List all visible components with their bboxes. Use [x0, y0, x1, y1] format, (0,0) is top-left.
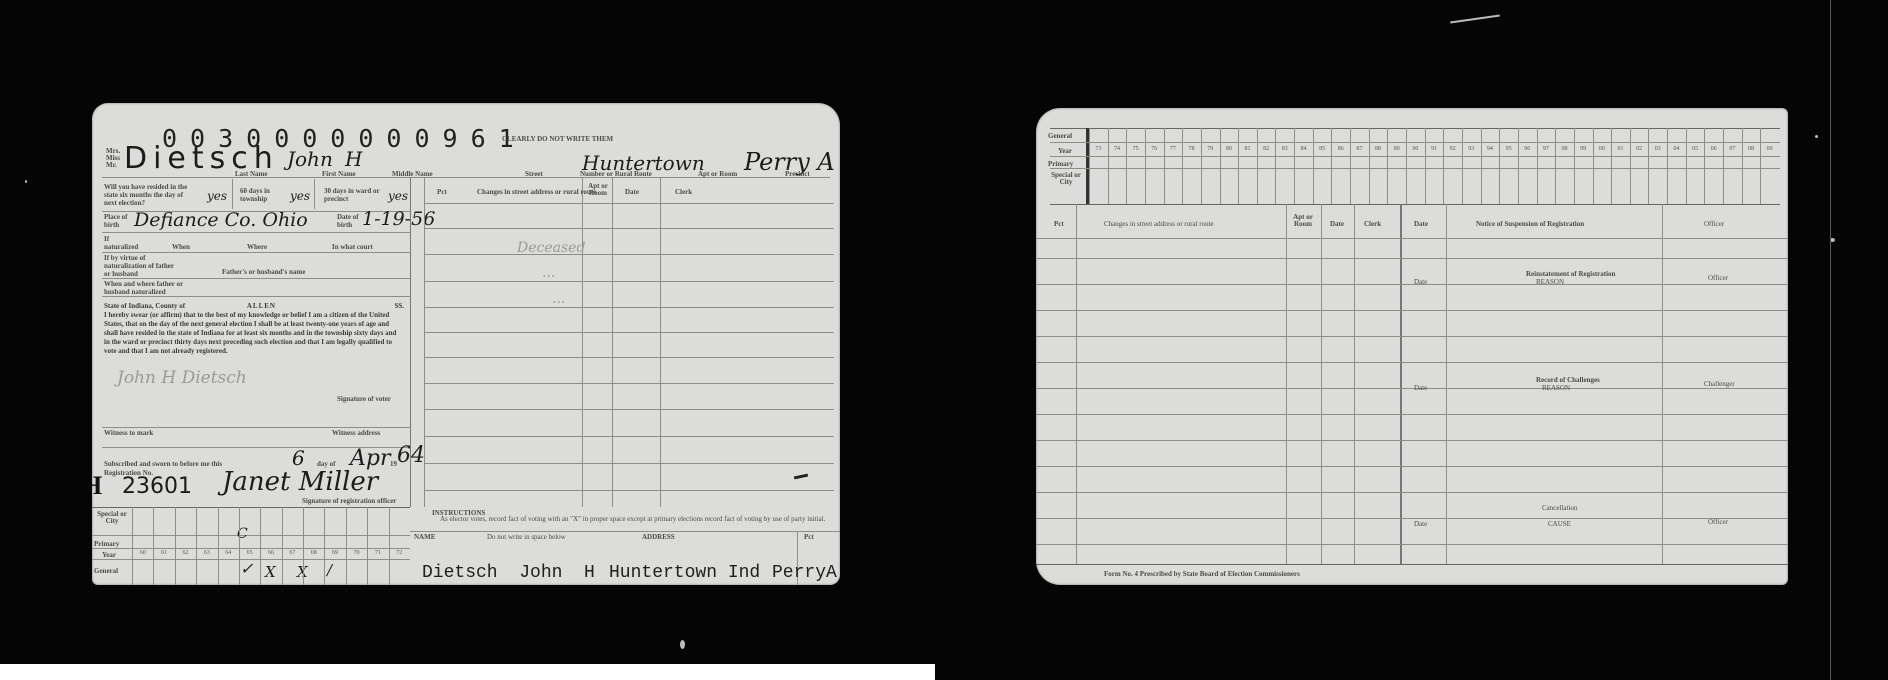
- changes-header-date: Date: [625, 188, 639, 196]
- year-value: 64: [397, 443, 425, 468]
- grid-column-divider: [1089, 128, 1090, 204]
- grid-year-cell: 06: [1704, 146, 1723, 152]
- grid-label-year: Year: [102, 551, 116, 559]
- first-name-value: John: [287, 147, 333, 171]
- grid-year-cell: 72: [389, 550, 410, 556]
- grid-year-cell: 77: [1164, 146, 1183, 152]
- salutation-mr: Mr.: [106, 161, 117, 169]
- grid-column-divider: [1145, 128, 1146, 204]
- challenges-date-label: Date: [1414, 384, 1427, 392]
- residency-answer-state: yes: [207, 189, 227, 203]
- typed-name: Dietsch John H: [422, 563, 595, 583]
- reinstatement-officer-label: Officer: [1708, 274, 1728, 282]
- grid-column-divider: [1723, 128, 1724, 204]
- scan-speck: [1815, 135, 1818, 138]
- grid-year-cell: 68: [303, 550, 324, 556]
- grid-column-divider: [1425, 128, 1426, 204]
- first-name-label: First Name: [322, 170, 356, 178]
- grid-column-divider: [1443, 128, 1444, 204]
- grid-year-cell: 96: [1518, 146, 1537, 152]
- grid-year-cell: 67: [282, 550, 303, 556]
- grid-year-cell: 74: [1108, 146, 1127, 152]
- changes-header-pct: Pct: [437, 188, 447, 196]
- grid-year-cell: 84: [1294, 146, 1313, 152]
- grid-year-cell: 70: [346, 550, 367, 556]
- changes-note-1: Deceased: [517, 240, 585, 256]
- officer-signature: Janet Miller: [222, 467, 378, 497]
- changes-header-date: Date: [1330, 220, 1344, 228]
- middle-name-value: H: [345, 147, 362, 171]
- middle-name-label: Middle Name: [392, 170, 433, 178]
- changes-note-3: ...: [552, 291, 565, 307]
- scan-speck: [25, 180, 27, 183]
- grid-year-cell: 89: [1387, 146, 1406, 152]
- grid-label-primary: Primary: [94, 540, 119, 548]
- grid-column-divider: [324, 507, 325, 585]
- grid-column-divider: [1406, 128, 1407, 204]
- grid-column-divider: [1704, 128, 1705, 204]
- scan-speck: [680, 640, 685, 649]
- grid-year-cell: 61: [153, 550, 174, 556]
- place-of-birth-value: Defiance Co. Ohio: [134, 209, 308, 231]
- grid-year-cell: 03: [1648, 146, 1667, 152]
- grid-year-cell: 00: [1593, 146, 1612, 152]
- grid-column-divider: [1294, 128, 1295, 204]
- grid-column-divider: [1611, 128, 1612, 204]
- grid-column-divider: [303, 507, 304, 585]
- changes-header-clerk: Clerk: [675, 188, 692, 196]
- grid-year-cell: 05: [1686, 146, 1705, 152]
- grid-column-divider: [1760, 128, 1761, 204]
- cancellation-title: Cancellation: [1542, 504, 1577, 512]
- challenges-challenger-label: Challenger: [1704, 380, 1735, 388]
- footer-do-not-write: Do not write in space below: [487, 533, 566, 541]
- grid-column-divider: [1275, 128, 1276, 204]
- vote-mark-general: X: [265, 563, 276, 581]
- naturalized-where-label: Where: [247, 243, 267, 251]
- subscribed-label: Subscribed and sworn to before me this: [104, 460, 222, 468]
- state-line-label: State of Indiana, County of: [104, 302, 185, 310]
- changes-header-apt: Apt or Room: [585, 183, 611, 197]
- reinstatement-title: Reinstatement of Registration: [1526, 270, 1615, 278]
- footer-pct-label: Pct: [804, 533, 814, 541]
- grid-column-divider: [1648, 128, 1649, 204]
- voter-signature: John H Dietsch: [117, 368, 247, 388]
- grid-column-divider: [239, 507, 240, 585]
- grid-column-divider: [1369, 128, 1370, 204]
- typed-precinct: PerryA: [772, 563, 837, 583]
- registration-number: 23601: [122, 474, 192, 499]
- header-instruction: CLEARLY DO NOT WRITE THEM: [502, 135, 613, 143]
- grid-year-cell: 65: [239, 550, 260, 556]
- suspension-date-label: Date: [1414, 220, 1428, 228]
- challenges-reason-label: REASON: [1542, 384, 1570, 392]
- grid-column-divider: [1499, 128, 1500, 204]
- grid-column-divider: [1238, 128, 1239, 204]
- street-label: Street: [525, 170, 543, 178]
- naturalized-label: If naturalized: [104, 235, 144, 251]
- place-of-birth-label: Place of birth: [104, 213, 134, 229]
- grid-year-cell: 64: [218, 550, 239, 556]
- grid-year-cell: 73: [1089, 146, 1108, 152]
- route-label: Number or Rural Route: [580, 170, 652, 178]
- grid-year-cell: 97: [1537, 146, 1556, 152]
- grid-year-cell: 93: [1462, 146, 1481, 152]
- grid-year-cell: 01: [1611, 146, 1630, 152]
- grid-column-divider: [1387, 128, 1388, 204]
- changes-header-apt: Apt or Room: [1290, 214, 1316, 228]
- grid-year-cell: 99: [1574, 146, 1593, 152]
- grid-label-special: Special or City: [94, 511, 130, 525]
- grid-year-cell: 82: [1257, 146, 1276, 152]
- last-name-label: Last Name: [235, 170, 267, 178]
- challenges-title: Record of Challenges: [1536, 376, 1600, 384]
- grid-column-divider: [1164, 128, 1165, 204]
- grid-column-divider: [196, 507, 197, 585]
- grid-column-divider: [346, 507, 347, 585]
- grid-year-cell: 66: [260, 550, 281, 556]
- grid-column-divider: [1126, 128, 1127, 204]
- grid-year-cell: 08: [1742, 146, 1761, 152]
- grid-label-primary: Primary: [1048, 160, 1073, 168]
- grid-year-cell: 71: [367, 550, 388, 556]
- year-prefix: 19: [390, 460, 397, 468]
- footer-name-label: NAME: [414, 533, 435, 541]
- vote-mark-general: /: [327, 561, 332, 579]
- instructions-text: As elector votes, record fact of voting …: [440, 516, 840, 523]
- when-where-naturalized-label: When and where father or husband natural…: [104, 280, 204, 296]
- grid-year-cell: 81: [1238, 146, 1257, 152]
- grid-column-divider: [1257, 128, 1258, 204]
- grid-column-divider: [132, 507, 133, 585]
- father-husband-label: If by virtue of naturalization of father…: [104, 254, 174, 278]
- changes-header-address: Changes in street address or rural route: [1104, 220, 1214, 228]
- grid-year-cell: 87: [1350, 146, 1369, 152]
- grid-label-special: Special or City: [1048, 172, 1084, 186]
- grid-year-cell: 83: [1275, 146, 1294, 152]
- cancellation-officer-label: Officer: [1708, 518, 1728, 526]
- grid-year-cell: 91: [1425, 146, 1444, 152]
- signature-of-voter-label: Signature of voter: [337, 395, 391, 403]
- residency-question-township: 60 days in township: [240, 187, 290, 203]
- grid-label-general: General: [1048, 132, 1072, 140]
- scan-scratch: [1450, 15, 1500, 24]
- typed-address: Huntertown Ind: [609, 563, 760, 583]
- precinct-label: Precinct: [785, 170, 810, 178]
- grid-year-cell: 92: [1443, 146, 1462, 152]
- grid-year-cell: 85: [1313, 146, 1332, 152]
- grid-column-divider: [1518, 128, 1519, 204]
- grid-column-divider: [389, 507, 390, 585]
- cancellation-date-label: Date: [1414, 520, 1427, 528]
- grid-column-divider: [282, 507, 283, 585]
- vote-mark-general: ✓: [240, 559, 253, 578]
- grid-year-cell: 09: [1760, 146, 1779, 152]
- grid-year-cell: 07: [1723, 146, 1742, 152]
- grid-column-divider: [367, 507, 368, 585]
- grid-column-divider: [1686, 128, 1687, 204]
- county-value: ALLEN: [247, 302, 276, 310]
- grid-year-cell: 75: [1126, 146, 1145, 152]
- grid-year-cell: 60: [132, 550, 153, 556]
- suspension-title: Notice of Suspension of Registration: [1476, 220, 1584, 228]
- witness-mark-label: Witness to mark: [104, 429, 153, 437]
- officer-signature-label: Signature of registration officer: [302, 497, 396, 505]
- grid-column-divider: [1742, 128, 1743, 204]
- changes-note-2: ...: [542, 265, 555, 281]
- state-county-line: State of Indiana, County of ALLEN SS.: [104, 302, 404, 311]
- clerk-mark: [794, 474, 808, 480]
- grid-year-cell: 62: [175, 550, 196, 556]
- changes-header-clerk: Clerk: [1364, 220, 1381, 228]
- registration-prefix: H: [92, 471, 102, 501]
- grid-column-divider: [153, 507, 154, 585]
- reinstatement-date-label: Date: [1414, 278, 1427, 286]
- grid-year-cell: 76: [1145, 146, 1164, 152]
- ss-label: SS.: [394, 302, 404, 311]
- residency-answer-precinct: yes: [388, 189, 408, 203]
- witness-address-label: Witness address: [332, 429, 380, 437]
- bottom-white-bar: [0, 664, 935, 680]
- grid-column-divider: [1593, 128, 1594, 204]
- suspension-officer-label: Officer: [1704, 220, 1724, 228]
- grid-column-divider: [1350, 128, 1351, 204]
- reinstatement-reason-label: REASON: [1536, 278, 1564, 286]
- naturalized-court-label: In what court: [332, 243, 373, 251]
- footer-address-label: ADDRESS: [642, 533, 675, 541]
- grid-column-divider: [1182, 128, 1183, 204]
- grid-year-cell: 04: [1667, 146, 1686, 152]
- grid-year-cell: 80: [1220, 146, 1239, 152]
- grid-column-divider: [218, 507, 219, 585]
- grid-column-divider: [1462, 128, 1463, 204]
- grid-year-cell: 63: [196, 550, 217, 556]
- changes-header-address: Changes in street address or rural route: [477, 188, 596, 196]
- grid-year-cell: 88: [1369, 146, 1388, 152]
- changes-header-pct: Pct: [1054, 220, 1064, 228]
- father-husband-name-label: Father's or husband's name: [222, 268, 305, 276]
- grid-year-cell: 98: [1555, 146, 1574, 152]
- grid-label-year: Year: [1058, 147, 1072, 155]
- grid-column-divider: [1537, 128, 1538, 204]
- grid-year-cell: 79: [1201, 146, 1220, 152]
- grid-column-divider: [1574, 128, 1575, 204]
- grid-year-cell: 95: [1499, 146, 1518, 152]
- grid-year-cell: 94: [1481, 146, 1500, 152]
- naturalized-when-label: When: [172, 243, 190, 251]
- form-footer: Form No. 4 Prescribed by State Board of …: [1104, 570, 1300, 578]
- grid-column-divider: [1667, 128, 1668, 204]
- cancellation-cause-label: CAUSE: [1548, 520, 1571, 528]
- grid-year-cell: 90: [1406, 146, 1425, 152]
- apt-room-label: Apt or Room: [698, 170, 737, 178]
- grid-column-divider: [1481, 128, 1482, 204]
- grid-column-divider: [1630, 128, 1631, 204]
- grid-column-divider: [1108, 128, 1109, 204]
- residency-question-state: Will you have resided in the state six m…: [104, 183, 196, 207]
- grid-year-cell: 86: [1331, 146, 1350, 152]
- residency-answer-township: yes: [290, 189, 310, 203]
- registration-card-front: 0030000000961 CLEARLY DO NOT WRITE THEM …: [92, 103, 840, 585]
- grid-year-cell: 02: [1630, 146, 1649, 152]
- grid-column-divider: [260, 507, 261, 585]
- grid-column-divider: [1555, 128, 1556, 204]
- grid-column-divider: [1313, 128, 1314, 204]
- grid-year-cell: 69: [324, 550, 345, 556]
- grid-column-divider: [1201, 128, 1202, 204]
- oath-text: I hereby swear (or affirm) that to the b…: [104, 311, 404, 356]
- grid-column-divider: [1220, 128, 1221, 204]
- registration-card-back: General Year Primary Special or City Pct…: [1036, 108, 1788, 585]
- grid-label-general: General: [94, 567, 118, 575]
- grid-column-divider: [1331, 128, 1332, 204]
- residency-question-precinct: 30 days in ward or precinct: [324, 187, 386, 203]
- grid-year-cell: 78: [1182, 146, 1201, 152]
- scan-edge-line: [1830, 0, 1831, 680]
- grid-column-divider: [175, 507, 176, 585]
